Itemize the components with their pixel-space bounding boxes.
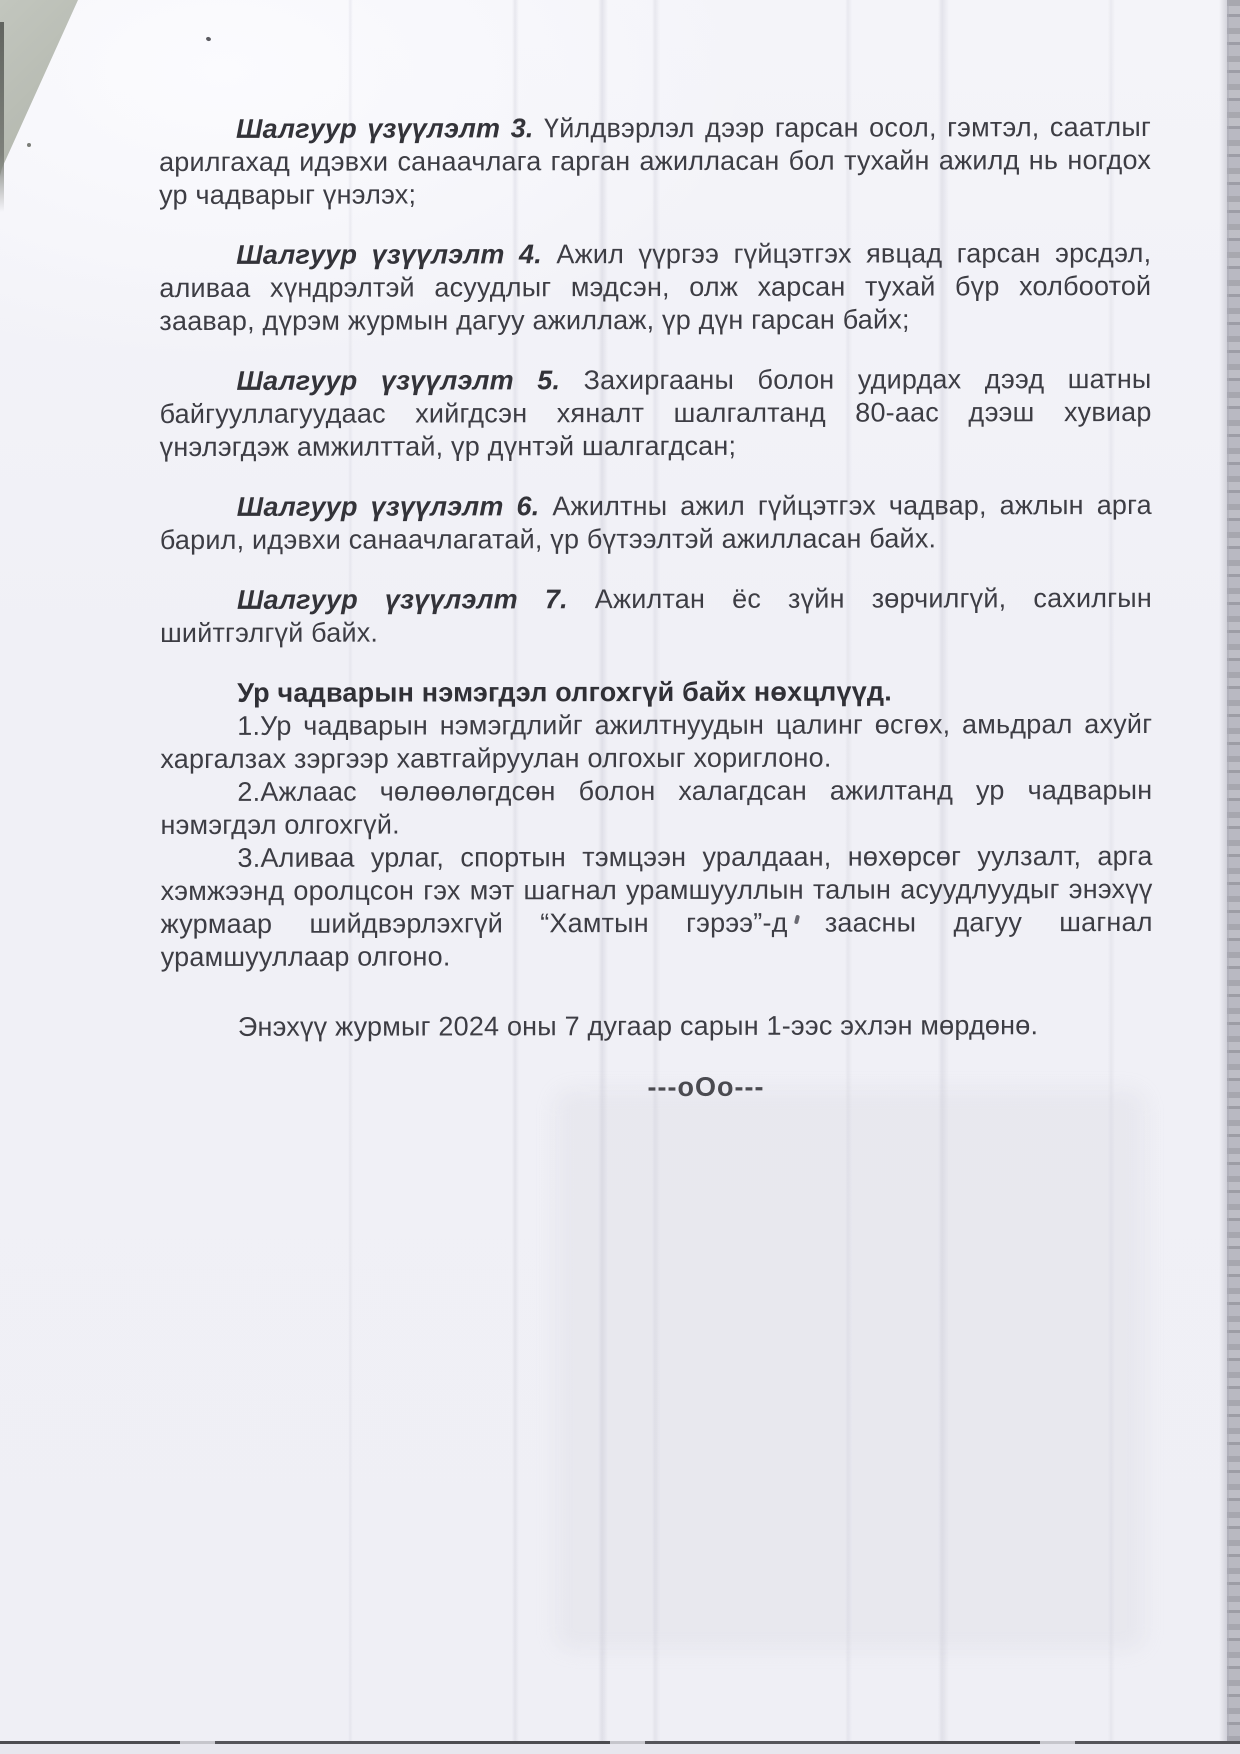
section-heading: Ур чадварын нэмэгдэл олгохгүй байх нөхцл…	[160, 675, 1152, 710]
show-through-ghost-artifact	[555, 1090, 1145, 1650]
end-of-document-mark: ---оОо---	[210, 1070, 1202, 1105]
condition-item-3: 3.Аливаа урлаг, спортын тэмцээн уралдаан…	[160, 840, 1152, 974]
right-edge-shadow	[1219, 0, 1229, 1754]
condition-item-1: 1.Ур чадварын нэмэгдлийг ажилтнуудын цал…	[160, 708, 1152, 776]
scanned-document-page: Шалгуур үзүүлэлт 3. Үйлдвэрлэл дээр гарс…	[0, 0, 1240, 1754]
left-edge-shadow	[0, 22, 4, 212]
criteria-label: Шалгуур үзүүлэлт 6.	[237, 491, 540, 522]
criteria-label: Шалгуур үзүүлэлт 7.	[237, 584, 568, 615]
criteria-label: Шалгуур үзүүлэлт 4.	[236, 239, 542, 270]
ink-speck	[27, 143, 31, 147]
criteria-paragraph-4: Шалгуур үзүүлэлт 4. Ажил үүргээ гүйцэтгэ…	[159, 237, 1151, 338]
criteria-paragraph-3: Шалгуур үзүүлэлт 3. Үйлдвэрлэл дээр гарс…	[159, 111, 1151, 212]
condition-item-2: 2.Ажлаас чөлөөлөгдсөн болон халагдсан аж…	[160, 774, 1152, 842]
effective-date-line: Энэхүү журмыг 2024 оны 7 дугаар сарын 1-…	[161, 1009, 1153, 1044]
criteria-label: Шалгуур үзүүлэлт 5.	[236, 365, 560, 396]
criteria-paragraph-6: Шалгуур үзүүлэлт 6. Ажилтны ажил гүйцэтг…	[160, 489, 1152, 557]
criteria-paragraph-7: Шалгуур үзүүлэлт 7. Ажилтан ёс зүйн зөрч…	[160, 582, 1152, 650]
document-body: Шалгуур үзүүлэлт 3. Үйлдвэрлэл дээр гарс…	[159, 111, 1153, 1105]
criteria-paragraph-5: Шалгуур үзүүлэлт 5. Захиргааны болон уди…	[159, 363, 1151, 464]
criteria-label: Шалгуур үзүүлэлт 3.	[236, 113, 534, 144]
below-page-strip	[0, 1744, 1240, 1754]
